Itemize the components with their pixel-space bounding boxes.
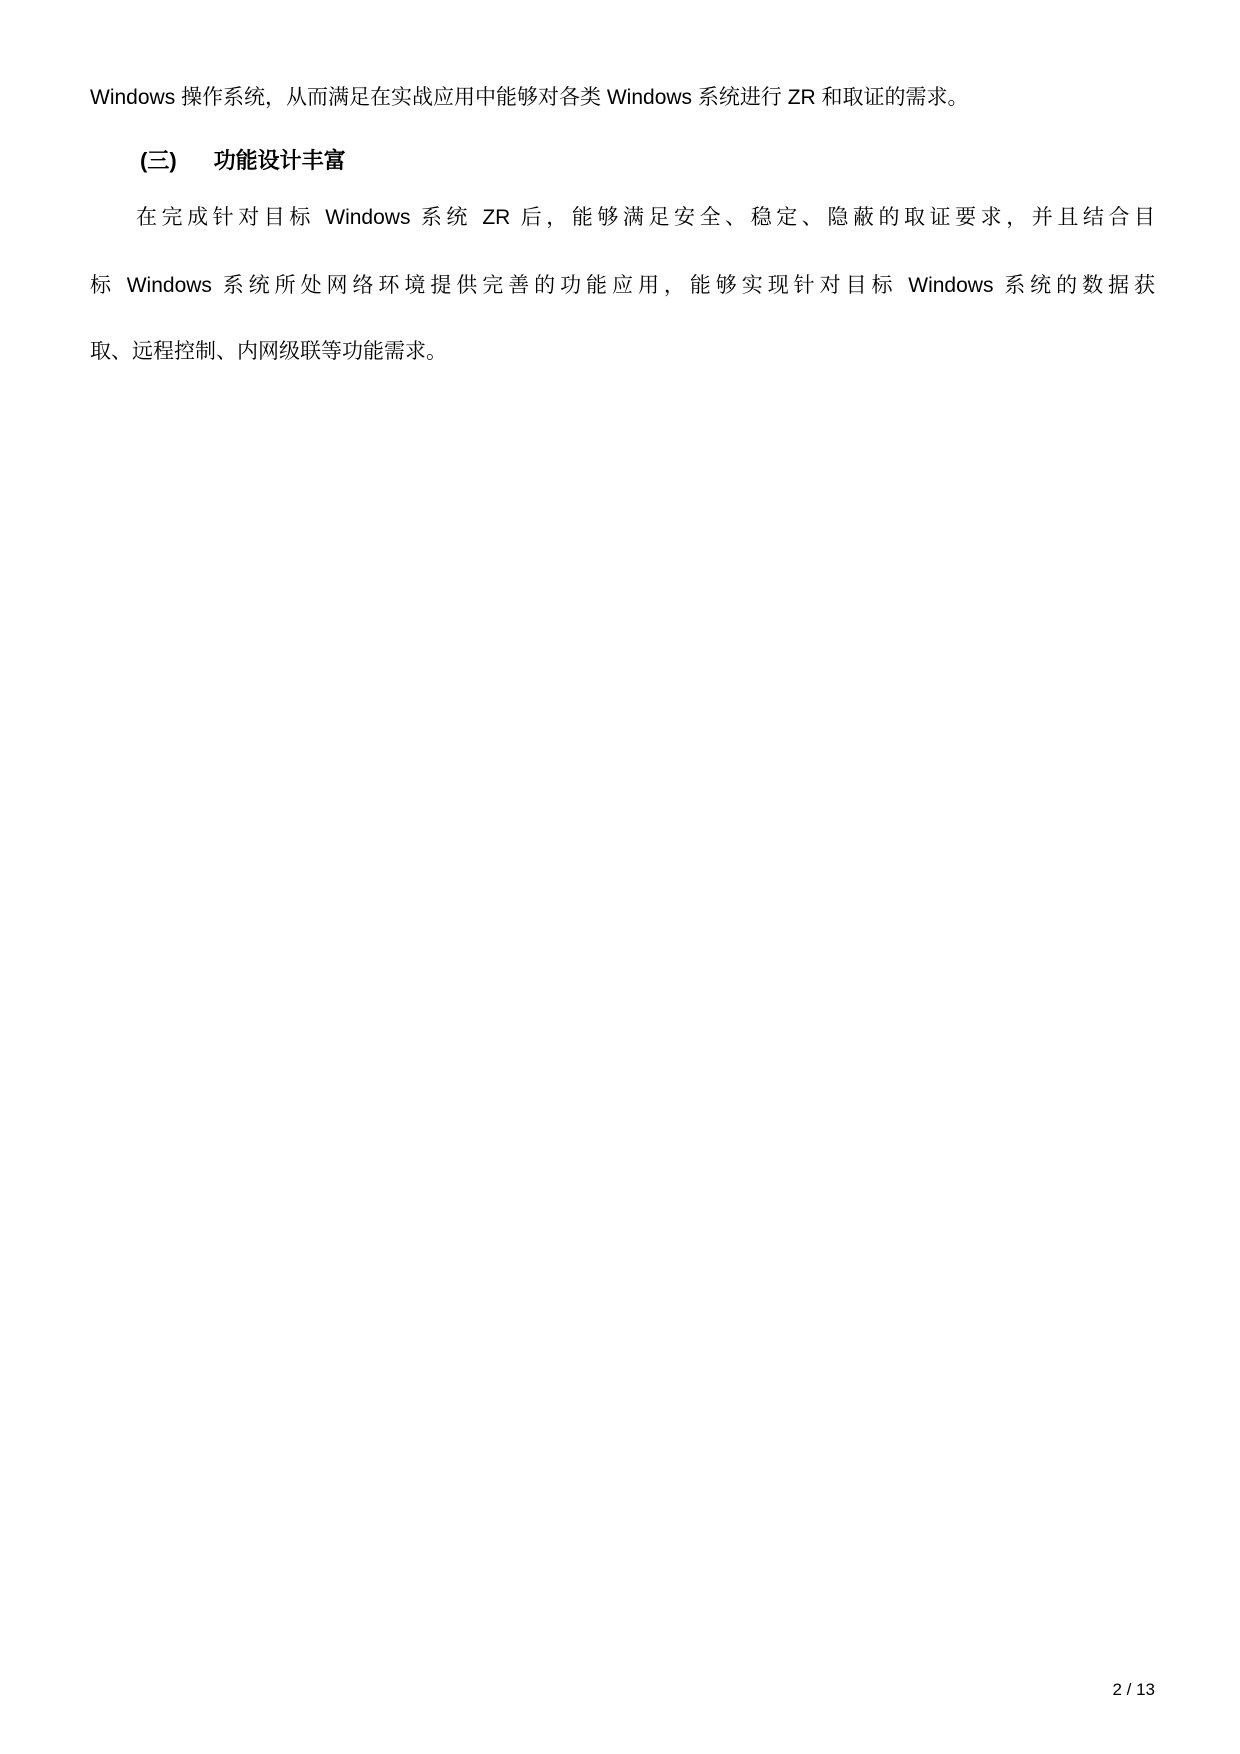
paragraph-2-line-2: 标 Windows 系统所处网络环境提供完善的功能应用，能够实现针对目标 Win…: [90, 272, 1155, 300]
section-heading-title: 功能设计丰富: [214, 148, 346, 173]
page-number: 2 / 13: [1112, 1678, 1155, 1702]
section-heading-numbering: (三): [140, 146, 177, 176]
section-heading: (三)功能设计丰富: [140, 146, 346, 176]
paragraph-2-line-1: 在完成针对目标 Windows 系统 ZR 后，能够满足安全、稳定、隐蔽的取证要…: [90, 204, 1155, 232]
document-page: Windows 操作系统，从而满足在实战应用中能够对各类 Windows 系统进…: [0, 0, 1240, 1754]
paragraph-2-line-3: 取、远程控制、内网级联等功能需求。: [90, 338, 1155, 366]
paragraph-1-line-1: Windows 操作系统，从而满足在实战应用中能够对各类 Windows 系统进…: [90, 84, 1155, 112]
